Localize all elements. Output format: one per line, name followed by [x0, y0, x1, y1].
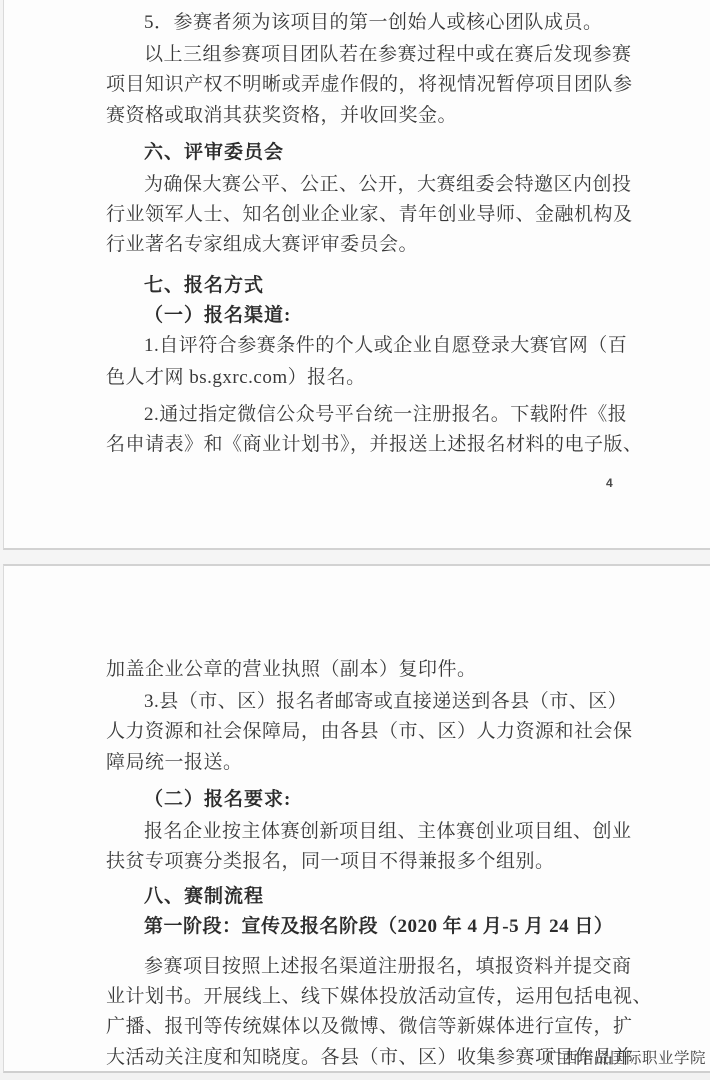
text-line: 七、报名方式: [106, 271, 644, 301]
canvas-bottom-strip: [0, 1073, 710, 1080]
page-content: 加盖企业公章的营业执照（副本）复印件。3.县（市、区）报名者邮寄或直接递送到各县…: [4, 566, 710, 1073]
text-line: 色人才网 bs.gxrc.com）报名。: [106, 363, 644, 393]
text-line: 1.自评符合参赛条件的个人或企业自愿登录大赛官网（百: [106, 331, 644, 361]
watermark-text: 广西培贤国际职业学院: [546, 1046, 706, 1068]
text-line: 八、赛制流程: [106, 882, 644, 912]
text-line: 为确保大赛公平、公正、公开，大赛组委会特邀区内创投: [106, 170, 644, 200]
page-number: 4: [606, 476, 613, 490]
text-line: 赛资格或取消其获奖资格，并收回奖金。: [106, 101, 644, 131]
text-line: 3.县（市、区）报名者邮寄或直接递送到各县（市、区）: [106, 687, 644, 717]
text-line: 广播、报刊等传统媒体以及微博、微信等新媒体进行宣传，扩: [106, 1012, 644, 1042]
text-line: 障局统一报送。: [106, 748, 644, 778]
text-line: 参赛项目按照上述报名渠道注册报名，填报资料并提交商: [106, 952, 644, 982]
document-page-5: 加盖企业公章的营业执照（副本）复印件。3.县（市、区）报名者邮寄或直接递送到各县…: [3, 564, 710, 1073]
page-content: 5．参赛者须为该项目的第一创始人或核心团队成员。以上三组参赛项目团队若在参赛过程…: [4, 0, 710, 460]
text-line: （一）报名渠道:: [106, 301, 644, 331]
text-line: 2.通过指定微信公众号平台统一注册报名。下载附件《报: [106, 400, 644, 430]
text-line: 业计划书。开展线上、线下媒体投放活动宣传，运用包括电视、: [106, 982, 644, 1012]
text-line: 扶贫专项赛分类报名，同一项目不得兼报多个组别。: [106, 847, 644, 877]
text-line: （二）报名要求:: [106, 785, 644, 815]
text-line: 5．参赛者须为该项目的第一创始人或核心团队成员。: [106, 8, 644, 38]
text-line: 加盖企业公章的营业执照（副本）复印件。: [106, 655, 644, 685]
text-line: 六、评审委员会: [106, 138, 644, 168]
text-line: 报名企业按主体赛创新项目组、主体赛创业项目组、创业: [106, 817, 644, 847]
text-line: 人力资源和社会保障局，由各县（市、区）人力资源和社会保: [106, 717, 644, 747]
text-line: 项目知识产权不明晰或弄虚作假的，将视情况暂停项目团队参: [106, 70, 644, 100]
text-line: 行业领军人士、知名创业企业家、青年创业导师、金融机构及: [106, 200, 644, 230]
text-line: 第一阶段：宣传及报名阶段（2020 年 4 月-5 月 24 日）: [106, 912, 644, 942]
page-gap-divider: [0, 550, 710, 564]
document-page-4: 5．参赛者须为该项目的第一创始人或核心团队成员。以上三组参赛项目团队若在参赛过程…: [3, 0, 710, 550]
text-line: 以上三组参赛项目团队若在参赛过程中或在赛后发现参赛: [106, 40, 644, 70]
text-line: 名申请表》和《商业计划书》，并报送上述报名材料的电子版、: [106, 430, 644, 460]
text-line: 行业著名专家组成大赛评审委员会。: [106, 230, 644, 260]
document-viewer: 5．参赛者须为该项目的第一创始人或核心团队成员。以上三组参赛项目团队若在参赛过程…: [0, 0, 710, 1080]
